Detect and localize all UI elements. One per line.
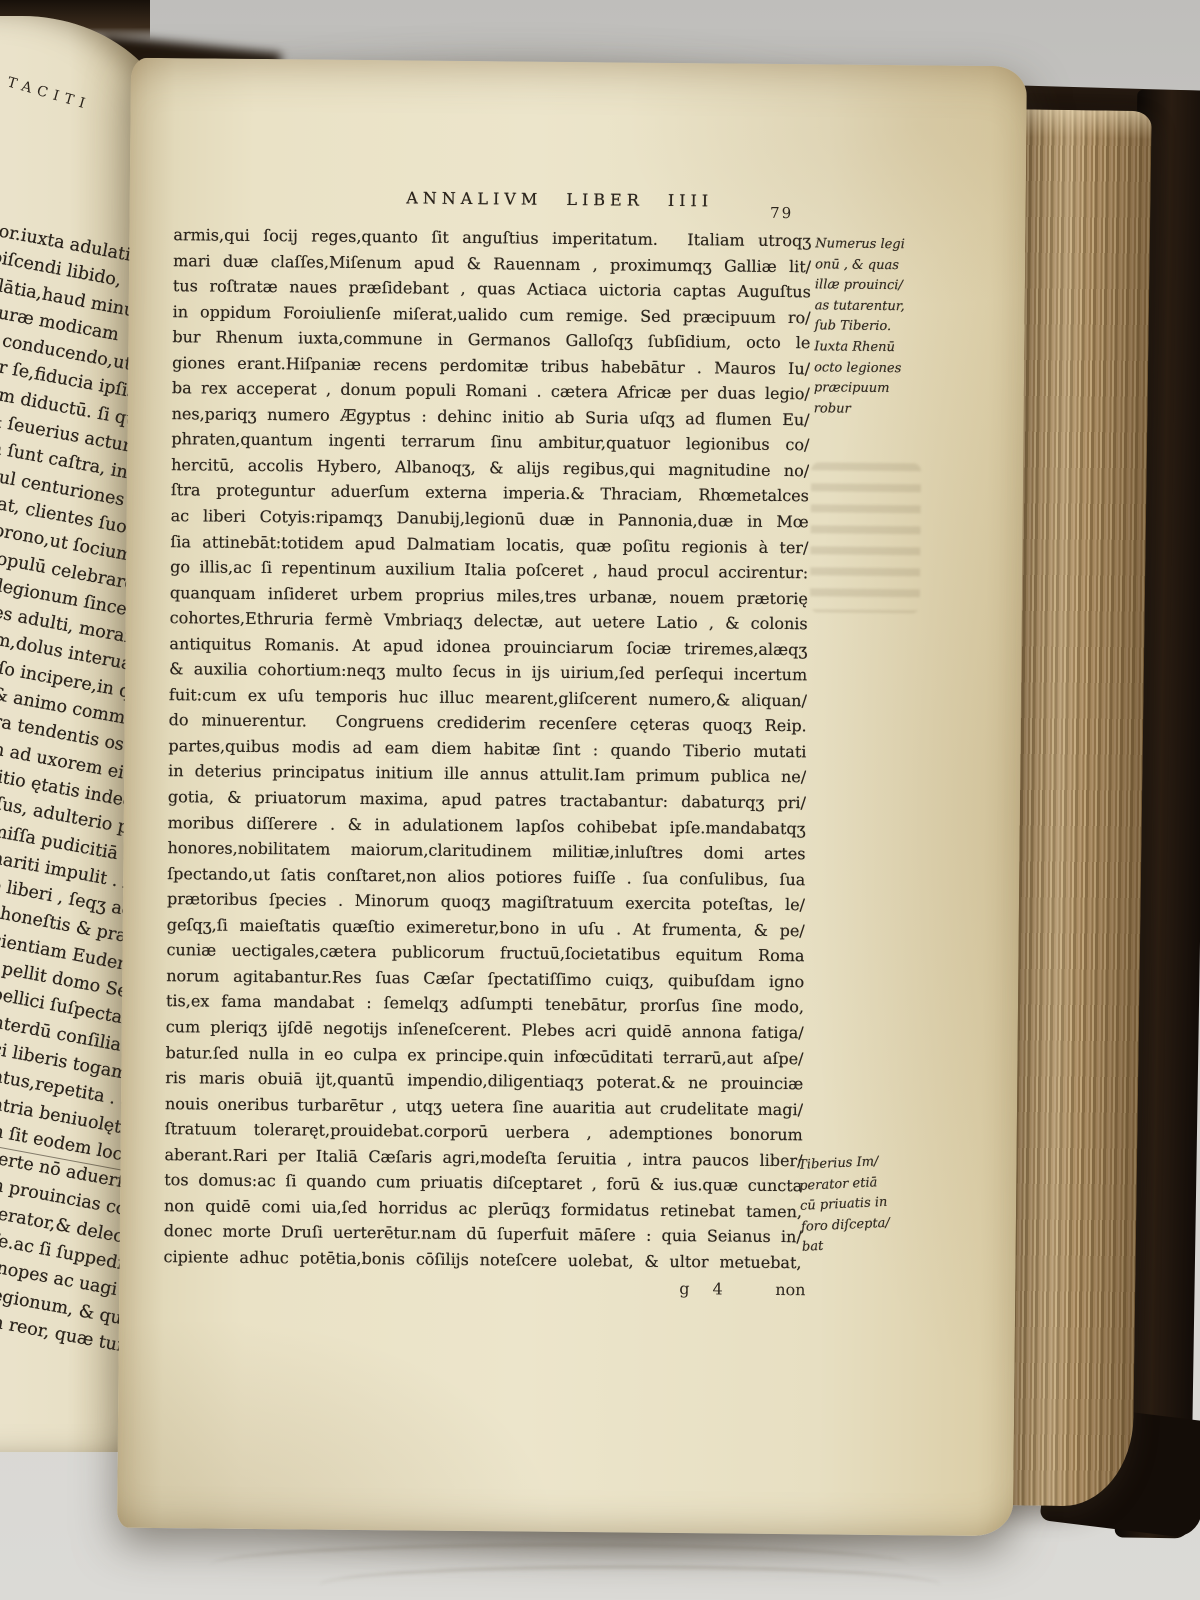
margin-note-2: Tiberius Im/perator etiācū priuatis info… — [798, 1150, 933, 1259]
margin-note-line: octo legiones — [814, 358, 944, 380]
signature-mark: g 4 — [679, 1279, 732, 1299]
page-number: 79 — [752, 204, 812, 223]
margin-note-line: Iuxta Rhenū — [814, 337, 944, 359]
left-page-running-title: TACITI — [5, 74, 92, 113]
margin-note-line: illæ prouinci/ — [815, 275, 945, 297]
margin-note-line: Numerus legi — [815, 234, 945, 256]
body-text: armis,qui ſocij reges,quanto ſit anguſti… — [163, 222, 811, 1275]
body-line: cipiente adhuc potētia,bonis cōſilijs no… — [163, 1244, 801, 1276]
running-title: ANNALIVM LIBER IIII — [320, 188, 800, 212]
ink-bleedthrough — [810, 462, 921, 613]
margin-note-line: onū , & quas — [815, 255, 945, 277]
margin-note-line: ſub Tiberio. — [814, 317, 944, 339]
margin-note-1: Numerus legionū , & quasillæ prouinci/as… — [814, 234, 946, 421]
cloth-fold-line — [320, 1566, 940, 1600]
margin-note-line: præcipuum — [814, 378, 944, 400]
catchword: non — [775, 1280, 805, 1299]
margin-note-line: robur — [814, 399, 944, 421]
signature-line: g 4 non — [163, 1274, 801, 1306]
margin-note-line: as tutarentur, — [815, 296, 945, 318]
right-page: ANNALIVM LIBER IIII 79 armis,qui ſocij r… — [117, 58, 1027, 1537]
